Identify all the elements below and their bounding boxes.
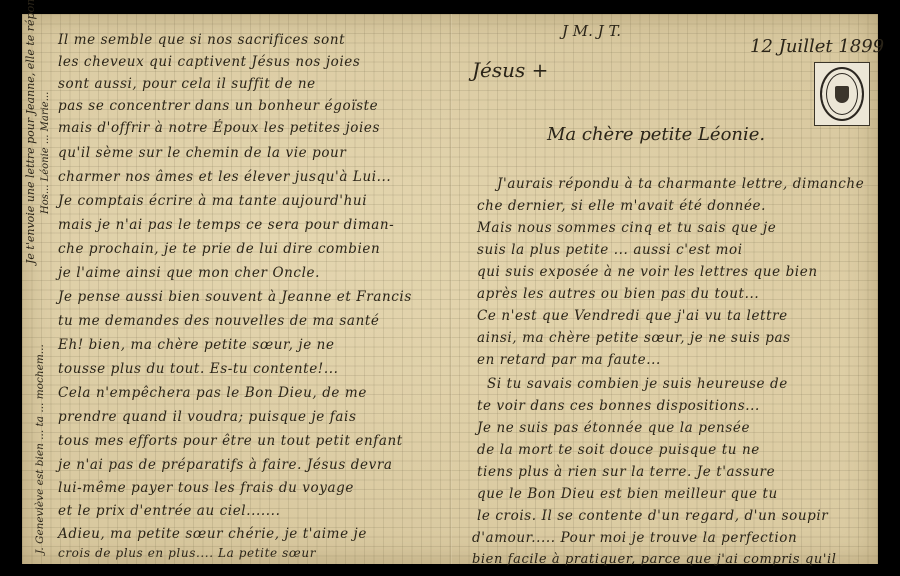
left-line: sont aussi, pour cela il suffit de ne: [58, 76, 316, 92]
left-line: Cela n'empêchera pas le Bon Dieu, de me: [58, 385, 367, 401]
monogram: J M. J T.: [562, 22, 621, 40]
coat-of-arms-icon: [835, 86, 849, 103]
right-line: Ce n'est que Vendredi que j'ai vu ta let…: [477, 308, 788, 324]
left-line: qu'il sème sur le chemin de la vie pour: [58, 145, 346, 161]
margin-note-outer: Je t'envoie une lettre pour Jeanne, elle…: [24, 0, 37, 264]
right-line: Si tu savais combien je suis heureuse de: [487, 376, 788, 392]
left-line: Il me semble que si nos sacrifices sont: [58, 32, 345, 48]
left-line: tousse plus du tout. Es-tu contente!...: [58, 361, 339, 377]
left-line: Adieu, ma petite sœur chérie, je t'aime …: [58, 526, 367, 542]
right-line: che dernier, si elle m'avait été donnée.: [477, 198, 766, 214]
right-line: Je ne suis pas étonnée que la pensée: [477, 420, 750, 436]
right-line: en retard par ma faute...: [477, 352, 661, 368]
right-line: bien facile à pratiquer, parce que j'ai …: [472, 552, 837, 567]
left-line: prendre quand il voudra; puisque je fais: [58, 409, 356, 425]
left-line: pas se concentrer dans un bonheur égoïst…: [58, 98, 378, 114]
right-line: tiens plus à rien sur la terre. Je t'ass…: [477, 464, 775, 480]
left-page: Je t'envoie une lettre pour Jeanne, elle…: [22, 14, 450, 564]
right-line: Mais nous sommes cinq et tu sais que je: [477, 220, 776, 236]
right-line: J'aurais répondu à ta charmante lettre, …: [497, 176, 864, 192]
letter-date: 12 Juillet 1899: [750, 36, 884, 57]
left-line: les cheveux qui captivent Jésus nos joie…: [58, 54, 360, 70]
margin-note-inner-bottom: J. Geneviève est bien ... ta ... mochem.…: [34, 344, 46, 554]
left-line: tous mes efforts pour être un tout petit…: [58, 433, 403, 449]
left-line: Je comptais écrire à ma tante aujourd'hu…: [58, 193, 367, 209]
left-line: che prochain, je te prie de lui dire com…: [58, 241, 380, 257]
left-line: Je pense aussi bien souvent à Jeanne et …: [58, 289, 412, 305]
embossed-seal-icon: [814, 62, 870, 126]
left-line: crois de plus en plus.... La petite sœur: [58, 546, 316, 560]
left-line: je n'ai pas de préparatifs à faire. Jésu…: [58, 457, 393, 473]
left-line: mais d'offrir à notre Époux les petites …: [58, 120, 380, 136]
left-line: je l'aime ainsi que mon cher Oncle.: [58, 265, 320, 281]
right-line: ainsi, ma chère petite sœur, je ne suis …: [477, 330, 791, 346]
right-line: suis la plus petite ... aussi c'est moi: [477, 242, 743, 258]
left-line: Eh! bien, ma chère petite sœur, je ne: [58, 337, 335, 353]
margin-note-inner-top: Hos... Léonie ... Marie...: [40, 92, 51, 214]
right-line: qui suis exposée à ne voir les lettres q…: [477, 264, 818, 280]
right-line: le crois. Il se contente d'un regard, d'…: [477, 508, 828, 524]
letter-sheet: Je t'envoie une lettre pour Jeanne, elle…: [22, 14, 878, 564]
right-line: après les autres ou bien pas du tout...: [477, 286, 759, 302]
salutation: Ma chère petite Léonie.: [547, 124, 765, 145]
left-line: charmer nos âmes et les élever jusqu'à L…: [58, 169, 391, 185]
invocation: Jésus +: [472, 58, 548, 82]
right-line: d'amour..... Pour moi je trouve la perfe…: [472, 530, 797, 546]
left-line: et le prix d'entrée au ciel.......: [58, 503, 280, 519]
right-line: de la mort te soit douce puisque tu ne: [477, 442, 760, 458]
left-line: tu me demandes des nouvelles de ma santé: [58, 313, 380, 329]
left-line: mais je n'ai pas le temps ce sera pour d…: [58, 217, 394, 233]
right-line: que le Bon Dieu est bien meilleur que tu: [477, 486, 778, 502]
left-line: lui-même payer tous les frais du voyage: [58, 480, 354, 496]
right-line: te voir dans ces bonnes dispositions...: [477, 398, 760, 414]
seal-oval: [820, 67, 864, 121]
